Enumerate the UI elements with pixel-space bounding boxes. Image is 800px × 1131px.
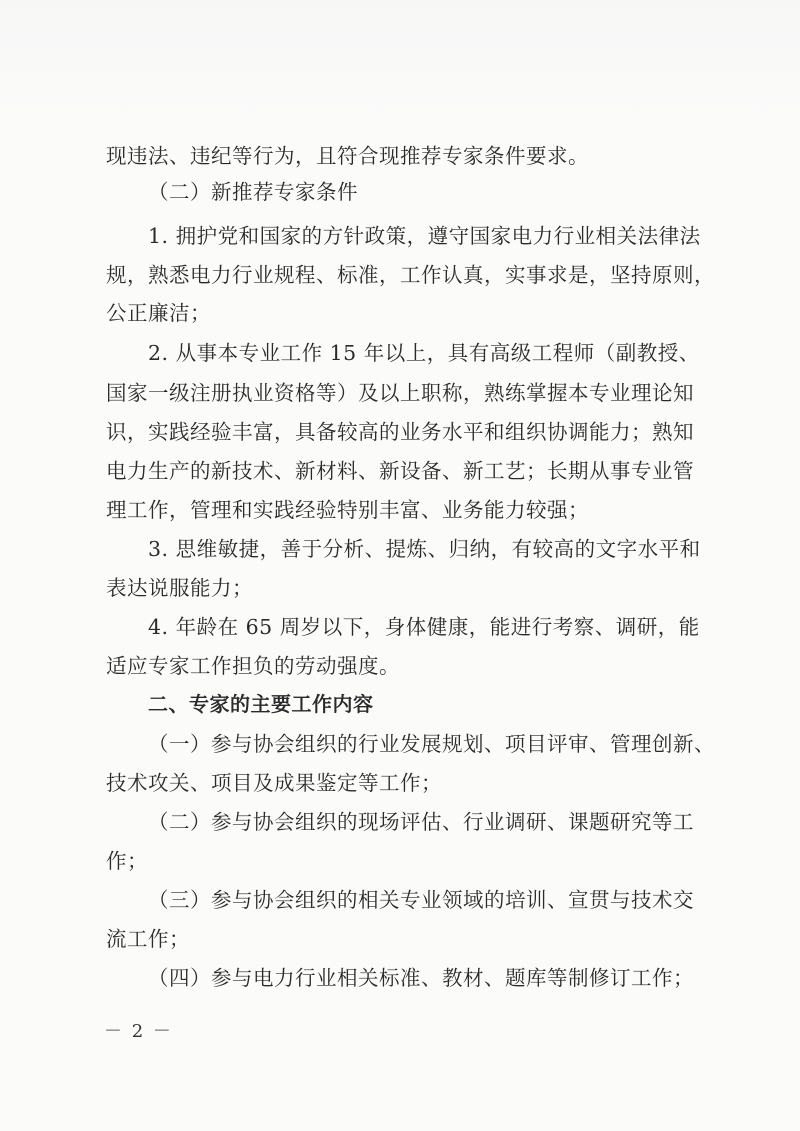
page-number: － 2 － bbox=[104, 1020, 173, 1044]
text-line: 2. 从事本专业工作 15 年以上，具有高级工程师（副教授、 bbox=[148, 339, 692, 367]
text-line: （三）参与协会组织的相关专业领域的培训、宣贯与技术交 bbox=[148, 886, 692, 914]
text-line: 识，实践经验丰富，具备较高的业务水平和组织协调能力；熟知 bbox=[106, 418, 692, 446]
text-line: （一）参与协会组织的行业发展规划、项目评审、管理创新、 bbox=[148, 730, 692, 758]
text-line: 作； bbox=[106, 847, 692, 875]
section-heading: 二、专家的主要工作内容 bbox=[148, 690, 692, 718]
text-line: 3. 思维敏捷，善于分析、提炼、归纳，有较高的文字水平和 bbox=[148, 535, 692, 563]
text-line: 理工作，管理和实践经验特别丰富、业务能力较强； bbox=[106, 496, 692, 524]
text-line: 电力生产的新技术、新材料、新设备、新工艺；长期从事专业管 bbox=[106, 457, 692, 485]
text-line: 表达说服能力； bbox=[106, 574, 692, 602]
text-line: 技术攻关、项目及成果鉴定等工作； bbox=[106, 769, 692, 797]
text-line: 规，熟悉电力行业规程、标准，工作认真，实事求是，坚持原则， bbox=[106, 261, 692, 289]
text-line: （二）新推荐专家条件 bbox=[148, 178, 692, 206]
text-line: 流工作； bbox=[106, 925, 692, 953]
text-line: 适应专家工作担负的劳动强度。 bbox=[106, 652, 692, 680]
text-line: 国家一级注册执业资格等）及以上职称，熟练掌握本专业理论知 bbox=[106, 379, 692, 407]
text-line: 现违法、违纪等行为，且符合现推荐专家条件要求。 bbox=[106, 142, 692, 170]
text-line: （二）参与协会组织的现场评估、行业调研、课题研究等工 bbox=[148, 808, 692, 836]
text-line: 1. 拥护党和国家的方针政策，遵守国家电力行业相关法律法 bbox=[148, 222, 692, 250]
text-line: 公正廉洁； bbox=[106, 299, 692, 327]
document-page: 现违法、违纪等行为，且符合现推荐专家条件要求。（二）新推荐专家条件1. 拥护党和… bbox=[0, 0, 800, 1131]
text-line: 4. 年龄在 65 周岁以下，身体健康，能进行考察、调研，能 bbox=[148, 613, 692, 641]
text-line: （四）参与电力行业相关标准、教材、题库等制修订工作； bbox=[148, 964, 692, 992]
